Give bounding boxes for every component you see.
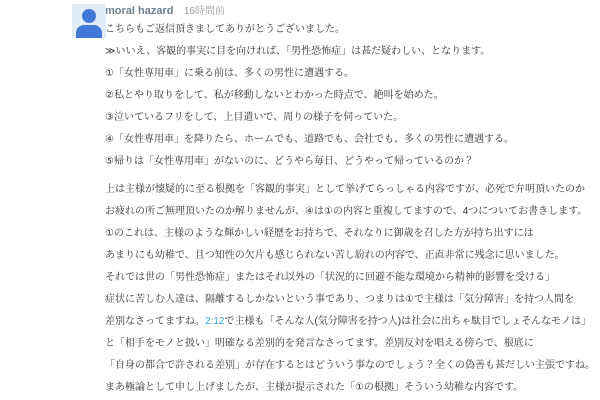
comment-line: ⑤帰りは「女性専用車」がないのに、どうやら毎日、どうやって帰っているのか？	[105, 151, 600, 173]
person-silhouette-icon	[76, 25, 102, 38]
comment-body: こちらもご返信頂きましてありがとうございました。 ≫いいえ、客観的事実に目を向け…	[105, 19, 600, 399]
comment-line: ①「女性専用車」に乗る前は、多くの男性に遭遇する。	[105, 63, 600, 85]
video-timestamp-link[interactable]: 2:12	[205, 316, 224, 327]
author-name-link[interactable]: moral hazard	[105, 5, 173, 17]
comment-line-text: で主様も「そんな人(気分障害を持つ人)は社会に出ちゃ駄目でしょそんなモノは」	[224, 316, 591, 327]
comment-line: 差別なさってますね。2:12で主様も「そんな人(気分障害を持つ人)は社会に出ちゃ…	[105, 311, 600, 333]
comment: moral hazard 16時間前 こちらもご返信頂きましてありがとうございま…	[0, 0, 600, 399]
comment-line: 症状に苦しむ人達は、隔離するしかないという事であり、つまりは①で主様は「気分障害…	[105, 289, 600, 311]
comment-line-text: 差別なさってますね。	[105, 316, 205, 327]
comment-page: moral hazard 16時間前 こちらもご返信頂きましてありがとうございま…	[0, 0, 600, 400]
comment-line: と「相手をモノと扱い」明確なる差別的を発言なさってます。差別反対を唱える傍らで、…	[105, 333, 600, 355]
comment-line: ①のこれは、主様のような輝かしい経歴をお持ちで、それなりに御歳を召した方が持ち出…	[105, 223, 600, 245]
user-avatar[interactable]	[72, 4, 106, 38]
comment-line: 「自身の都合で許される差別」が存在するとはどういう事なのでしょう？全くの偽善も甚…	[105, 355, 600, 377]
comment-header: moral hazard 16時間前	[105, 3, 600, 19]
comment-line: お疲れの所ご無理頂いたのか解りませんが、④は①の内容と重複してますので、4つにつ…	[105, 201, 600, 223]
comment-line: あまりにも幼稚で、且つ知性の欠片も感じられない苦し紛れの内容で、正直非常に残念に…	[105, 245, 600, 267]
comment-line: それでは世の「男性恐怖症」またはそれ以外の「状況的に回避不能な環境から精神的影響…	[105, 267, 600, 289]
comment-line: ≫いいえ、客観的事実に目を向ければ、「男性恐怖症」は甚だ疑わしい、となります。	[105, 41, 600, 63]
person-silhouette-icon	[82, 9, 96, 23]
comment-line: ②私とやり取りをして、私が移動しないとわかった時点で、絶叫を始めた。	[105, 85, 600, 107]
comment-line: 上は主様が懐疑的に至る根拠を「客観的事実」として挙げてらっしゃる内容ですが、必死…	[105, 179, 600, 201]
comment-line: まあ極論として申し上げましたが、主様が提示された「①の根拠」そういう幼稚な内容で…	[105, 377, 600, 399]
comment-line: ④「女性専用車」を降りたら、ホームでも、道路でも、会社でも、多くの男性に遭遇する…	[105, 129, 600, 151]
comment-line: こちらもご返信頂きましてありがとうございました。	[105, 19, 600, 41]
comment-timestamp: 16時間前	[184, 6, 225, 17]
comment-line: ③泣いているフリをして、上目遣いで、周りの様子を伺っていた。	[105, 107, 600, 129]
